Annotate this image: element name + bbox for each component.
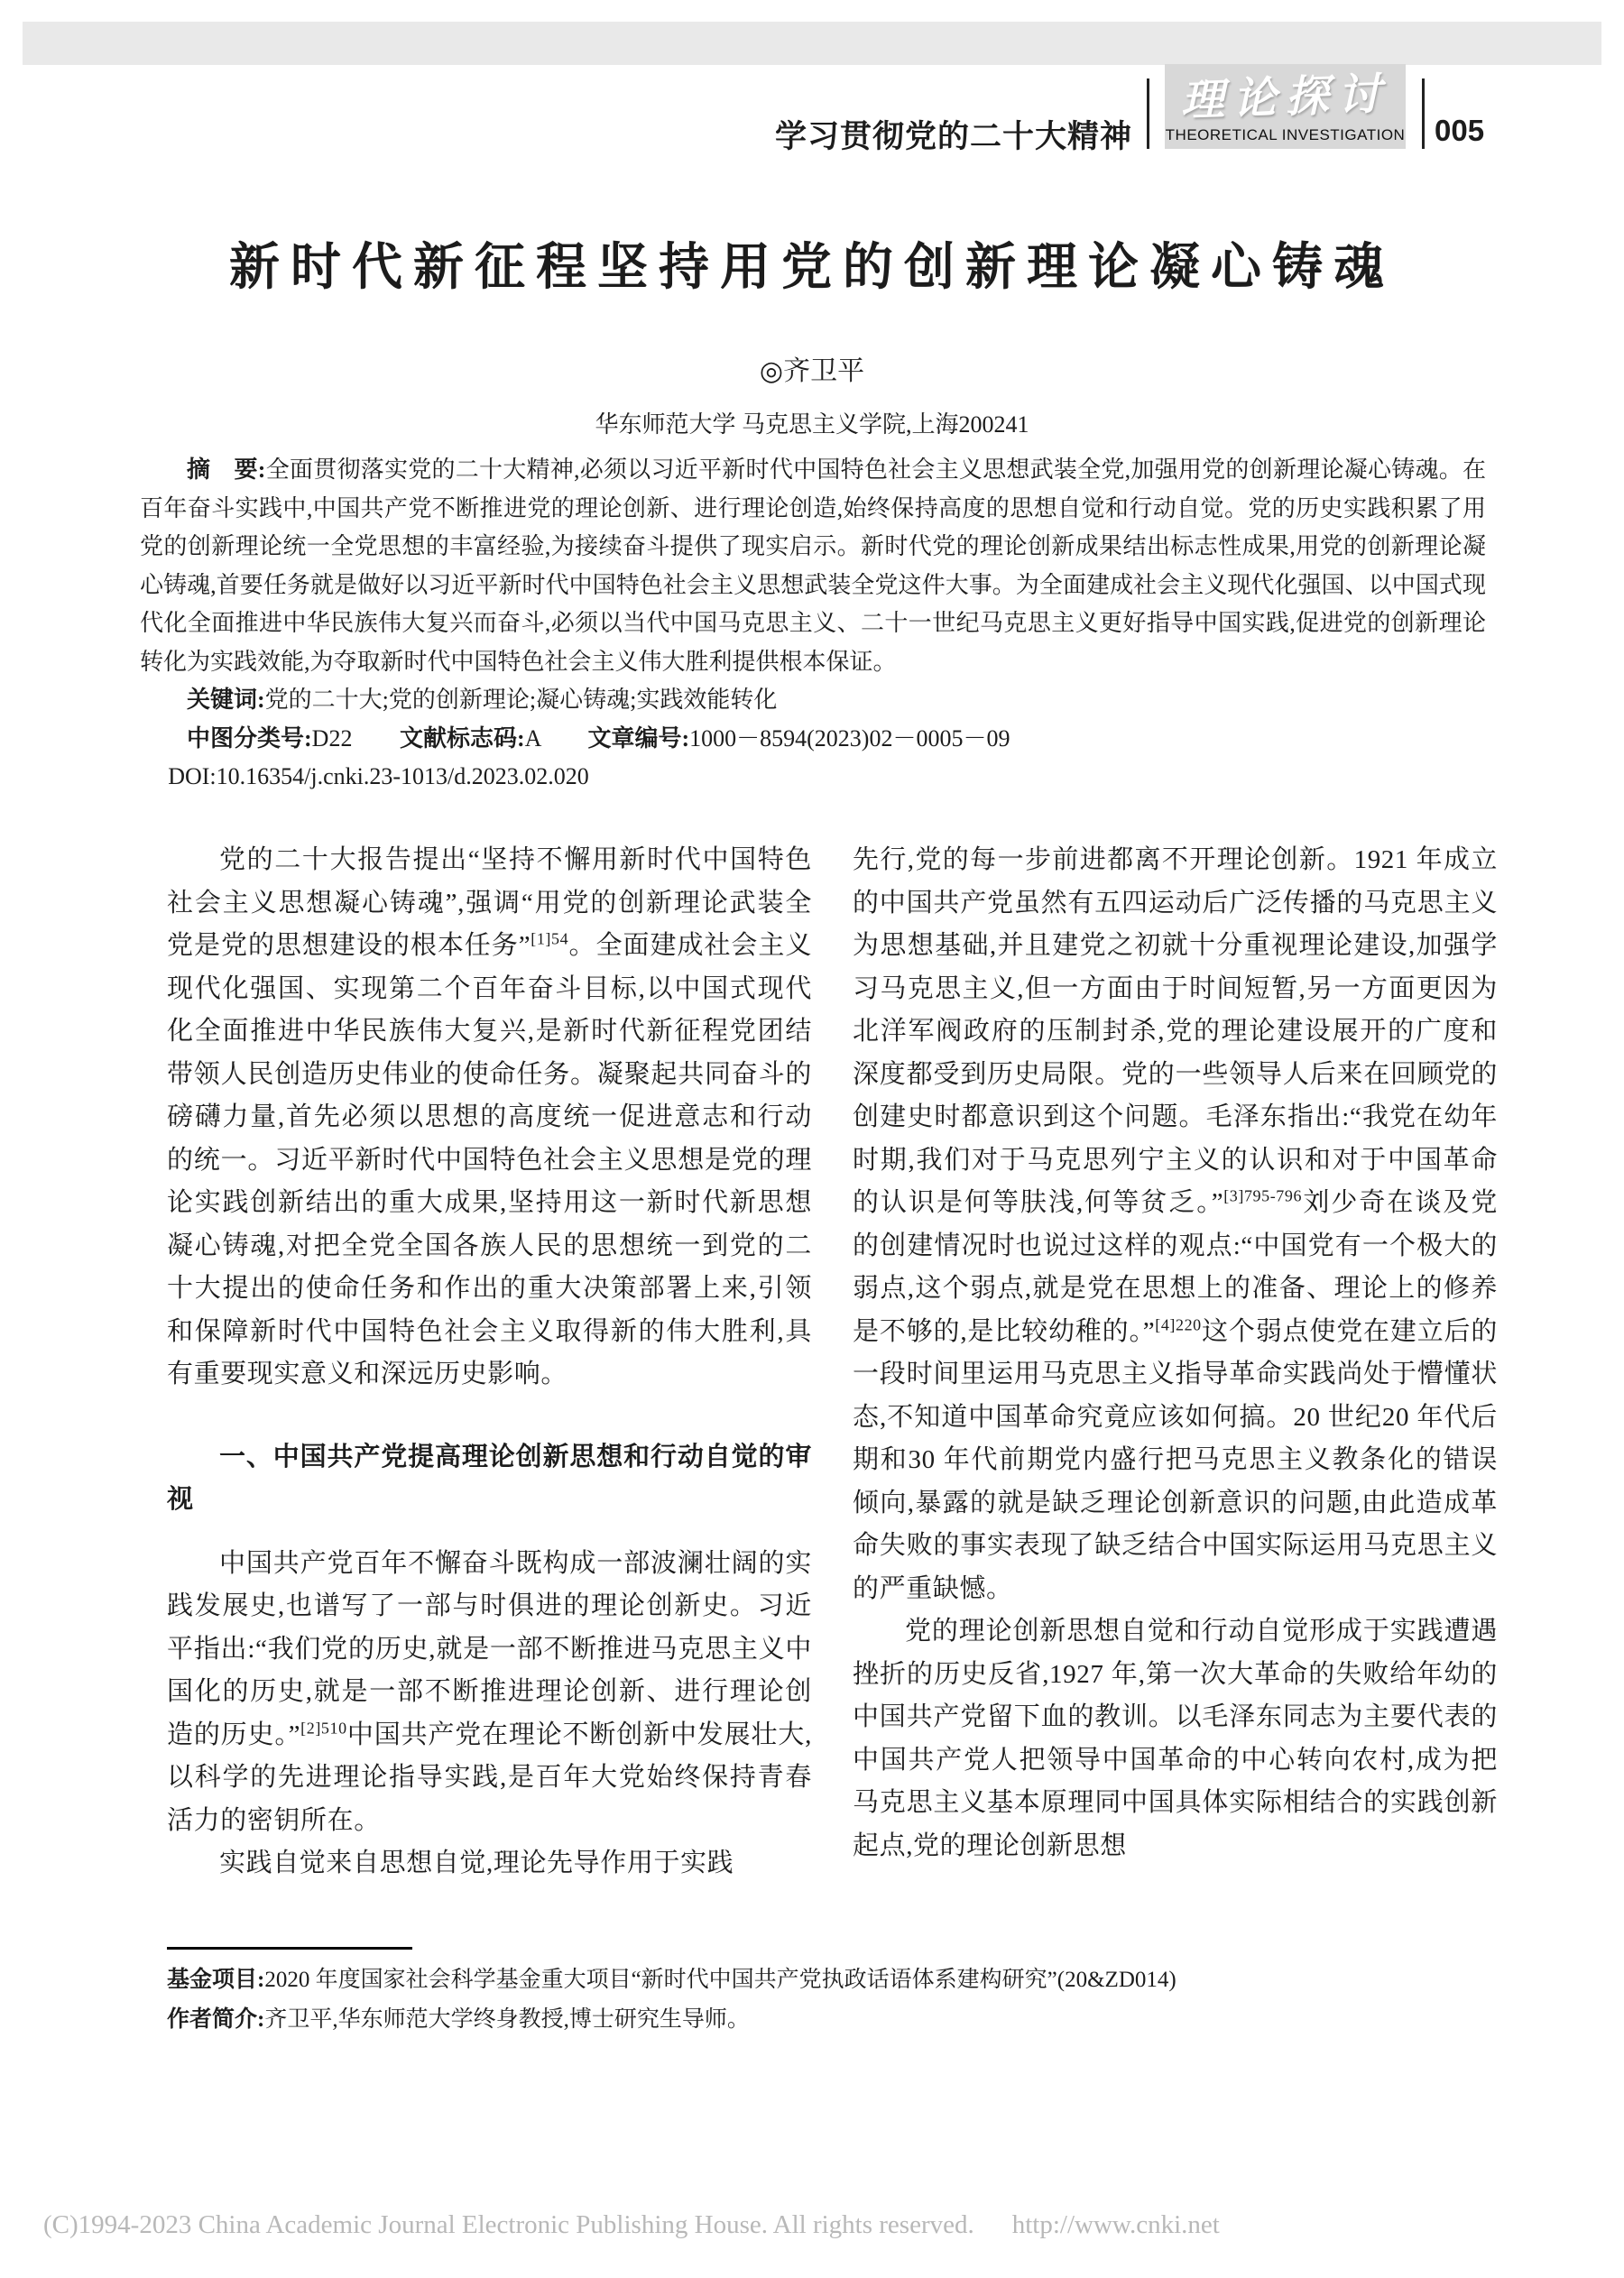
cnki-url: http://www.cnki.net [1012, 2210, 1220, 2239]
paragraph-text: 实践自觉来自思想自觉,理论先导作用于实践 [219, 1849, 734, 1877]
fund-text: 2020 年度国家社会科学基金重大项目“新时代中国共产党执政话语体系建构研究”(… [264, 1968, 1176, 1992]
bio-label: 作者简介: [167, 2007, 264, 2032]
body-paragraph: 中国共产党百年不懈奋斗既构成一部波澜壮阔的实践发展史,也谱写了一部与时俱进的理论… [167, 1543, 812, 1843]
paragraph-text: 中国共产党百年不懈奋斗既构成一部波澜壮阔的实践发展史,也谱写了一部与时俱进的理论… [167, 1549, 812, 1749]
body-columns: 党的二十大报告提出“坚持不懈用新时代中国特色社会主义思想凝心铸魂”,强调“用党的… [167, 839, 1498, 1886]
citation-superscript: [1]54 [531, 929, 568, 947]
body-paragraph: 党的理论创新思想自觉和行动自觉形成于实践遭遇挫折的历史反省,1927 年,第一次… [853, 1610, 1498, 1868]
keywords-text: 党的二十大;党的创新理论;凝心铸魂;实践效能转化 [265, 687, 778, 713]
section-theme-label: 学习贯彻党的二十大精神 [775, 112, 1132, 157]
copyright-footer: (C)1994-2023 China Academic Journal Elec… [43, 2210, 1577, 2240]
abstract-label: 摘 要: [187, 457, 265, 483]
fund-label: 基金项目: [167, 1968, 264, 1992]
journal-page: 学习贯彻党的二十大精神 理论探讨 THEORETICAL INVESTIGATI… [0, 0, 1624, 2278]
journal-logo-box: 理论探讨 THEORETICAL INVESTIGATION [1165, 64, 1406, 149]
classification-line: 中图分类号:D22 文献标志码:A 文章编号:1000－8594(2023)02… [140, 720, 1486, 759]
citation-superscript: [2]510 [300, 1719, 347, 1737]
copyright-text: (C)1994-2023 China Academic Journal Elec… [43, 2210, 974, 2239]
clc-value: D22 [312, 725, 353, 752]
keywords: 关键词:党的二十大;党的创新理论;凝心铸魂;实践效能转化 [140, 681, 1486, 720]
abstract-text: 全面贯彻落实党的二十大精神,必须以习近平新时代中国特色社会主义思想武装全党,加强… [140, 457, 1486, 675]
header-divider-right [1422, 78, 1425, 149]
top-gray-bar [23, 22, 1601, 65]
body-paragraph: 党的二十大报告提出“坚持不懈用新时代中国特色社会主义思想凝心铸魂”,强调“用党的… [167, 839, 812, 1397]
right-column: 先行,党的每一步前进都离不开理论创新。1921 年成立的中国共产党虽然有五四运动… [853, 839, 1498, 1886]
footnote-divider [167, 1947, 412, 1950]
fund-project-line: 基金项目:2020 年度国家社会科学基金重大项目“新时代中国共产党执政话语体系建… [167, 1960, 1511, 2000]
left-column: 党的二十大报告提出“坚持不懈用新时代中国特色社会主义思想凝心铸魂”,强调“用党的… [167, 839, 812, 1886]
author-bio-line: 作者简介:齐卫平,华东师范大学终身教授,博士研究生导师。 [167, 2000, 1511, 2040]
citation-superscript: [3]795-796 [1223, 1186, 1302, 1204]
paragraph-text: 党的理论创新思想自觉和行动自觉形成于实践遭遇挫折的历史反省,1927 年,第一次… [853, 1617, 1498, 1860]
article-no-value: 1000－8594(2023)02－0005－09 [689, 725, 1010, 752]
doc-code-label: 文献标志码: [400, 725, 525, 752]
bio-text: 齐卫平,华东师范大学终身教授,博士研究生导师。 [264, 2007, 750, 2032]
citation-superscript: [4]220 [1155, 1315, 1202, 1333]
keywords-label: 关键词: [187, 687, 265, 713]
paragraph-text: 先行,党的每一步前进都离不开理论创新。1921 年成立的中国共产党虽然有五四运动… [853, 845, 1498, 1217]
footnote-block: 基金项目:2020 年度国家社会科学基金重大项目“新时代中国共产党执政话语体系建… [167, 1947, 1511, 2040]
paragraph-text: 这个弱点使党在建立后的一段时间里运用马克思主义指导革命实践尚处于懵懂状态,不知道… [853, 1317, 1498, 1603]
clc-label: 中图分类号: [187, 725, 312, 752]
paragraph-text: 。全面建成社会主义现代化强国、实现第二个百年奋斗目标,以中国式现代化全面推进中华… [167, 931, 812, 1388]
article-author: ◎齐卫平 [0, 348, 1624, 388]
journal-logo-chinese: 理论探讨 [1164, 58, 1407, 128]
journal-logo-english: THEORETICAL INVESTIGATION [1165, 126, 1406, 144]
section-heading: 一、中国共产党提高理论创新思想和行动自觉的审视 [167, 1436, 812, 1522]
doc-code-value: A [525, 725, 540, 752]
header-divider-left [1147, 78, 1149, 149]
article-no-label: 文章编号: [587, 725, 689, 752]
page-number: 005 [1435, 114, 1484, 148]
article-title: 新时代新征程坚持用党的创新理论凝心铸魂 [0, 227, 1624, 300]
front-matter: 摘 要:全面贯彻落实党的二十大精神,必须以习近平新时代中国特色社会主义思想武装全… [140, 451, 1486, 797]
body-paragraph: 先行,党的每一步前进都离不开理论创新。1921 年成立的中国共产党虽然有五四运动… [853, 839, 1498, 1610]
body-paragraph: 实践自觉来自思想自觉,理论先导作用于实践 [167, 1842, 812, 1886]
abstract: 摘 要:全面贯彻落实党的二十大精神,必须以习近平新时代中国特色社会主义思想武装全… [140, 451, 1486, 681]
author-affiliation: 华东师范大学 马克思主义学院,上海200241 [0, 406, 1624, 439]
doi: DOI:10.16354/j.cnki.23-1013/d.2023.02.02… [140, 758, 1486, 797]
